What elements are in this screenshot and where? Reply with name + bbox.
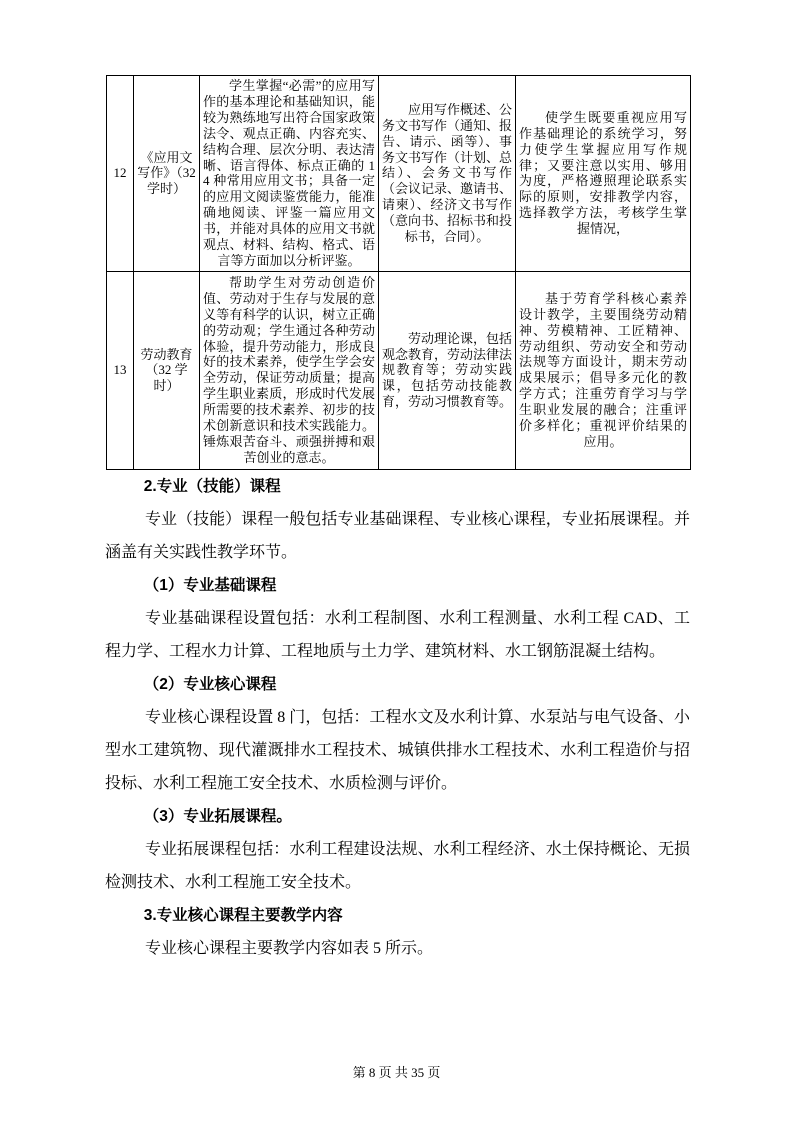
- section-heading-extension-courses: （3）专业拓展课程。: [105, 800, 690, 833]
- section-heading-basic-courses: （1）专业基础课程: [105, 569, 690, 602]
- section-paragraph: 专业核心课程设置 8 门，包括：工程水文及水利计算、水泵站与电气设备、小型水工建…: [105, 701, 690, 800]
- section-paragraph: 专业核心课程主要教学内容如表 5 所示。: [105, 932, 690, 965]
- section-paragraph: 专业（技能）课程一般包括专业基础课程、专业核心课程，专业拓展课程。并涵盖有关实践…: [105, 503, 690, 569]
- cell-serial-number: 13: [107, 271, 134, 469]
- section-paragraph: 专业拓展课程包括：水利工程建设法规、水利工程经济、水土保持概论、无损检测技术、水…: [105, 833, 690, 899]
- cell-course-name: 劳动教育（32 学时）: [134, 271, 200, 469]
- table-row: 13 劳动教育（32 学时） 帮助学生对劳动创造价值、劳动对于生存与发展的意义等…: [107, 271, 691, 469]
- cell-course-objective: 学生掌握“必需”的应用写作的基本理论和基础知识，能较为熟练地写出符合国家政策法令…: [200, 76, 379, 272]
- table-row: 12 《应用文写作》（32 学时） 学生掌握“必需”的应用写作的基本理论和基础知…: [107, 76, 691, 272]
- document-body: 2.专业（技能）课程 专业（技能）课程一般包括专业基础课程、专业核心课程，专业拓…: [105, 470, 690, 965]
- section-paragraph: 专业基础课程设置包括：水利工程制图、水利工程测量、水利工程 CAD、工程力学、工…: [105, 602, 690, 668]
- cell-serial-number: 12: [107, 76, 134, 272]
- section-heading-professional-skill-courses: 2.专业（技能）课程: [105, 470, 690, 503]
- document-page: 12 《应用文写作》（32 学时） 学生掌握“必需”的应用写作的基本理论和基础知…: [0, 0, 793, 1122]
- cell-course-content: 应用写作概述、公务文书写作（通知、报告、请示、函等）、事务文书写作（计划、总结）…: [379, 76, 516, 272]
- section-heading-core-teaching-content: 3.专业核心课程主要教学内容: [105, 899, 690, 932]
- cell-course-objective: 帮助学生对劳动创造价值、劳动对于生存与发展的意义等有科学的认识，树立正确的劳动观…: [200, 271, 379, 469]
- course-table: 12 《应用文写作》（32 学时） 学生掌握“必需”的应用写作的基本理论和基础知…: [106, 75, 691, 470]
- cell-course-content: 劳动理论课，包括观念教育，劳动法律法规教育等；劳动实践课，包括劳动技能教育，劳动…: [379, 271, 516, 469]
- cell-course-name: 《应用文写作》（32 学时）: [134, 76, 200, 272]
- page-footer: 第 8 页 共 35 页: [0, 1062, 793, 1081]
- section-heading-core-courses: （2）专业核心课程: [105, 668, 690, 701]
- cell-teaching-requirement: 使学生既要重视应用写作基础理论的系统学习，努力使学生掌握应用写作规律；又要注意以…: [516, 76, 691, 272]
- cell-teaching-requirement: 基于劳育学科核心素养设计教学，主要围绕劳动精神、劳模精神、工匠精神、劳动组织、劳…: [516, 271, 691, 469]
